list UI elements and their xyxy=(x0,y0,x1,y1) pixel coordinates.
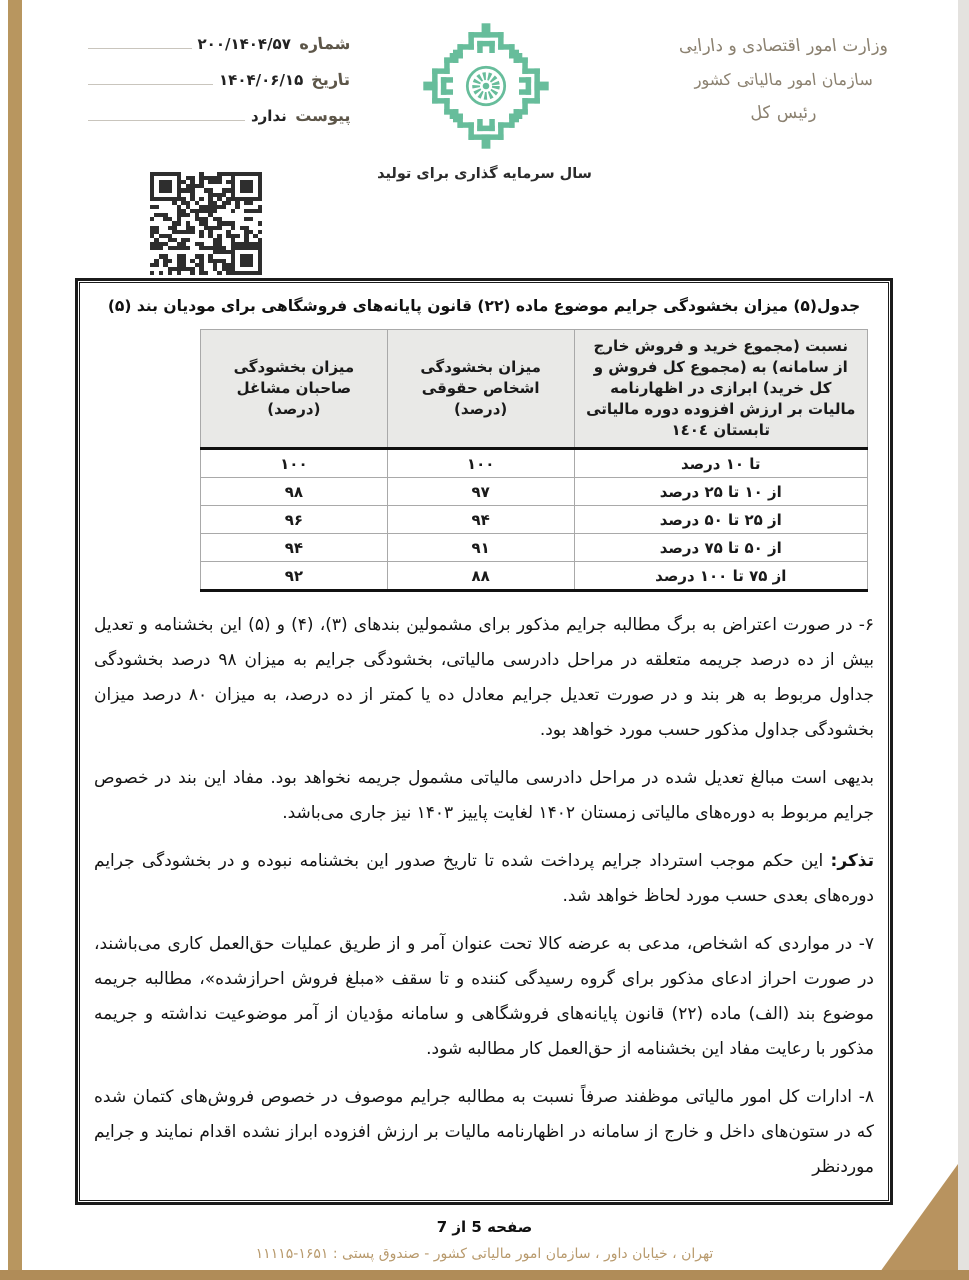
table-row: تا ۱۰ درصد ۱۰۰ ۱۰۰ xyxy=(201,449,868,478)
cell-business: ۹۸ xyxy=(201,478,388,506)
table-row: از ۷۵ تا ۱۰۰ درصد ۸۸ ۹۲ xyxy=(201,562,868,591)
penalty-forgiveness-table: نسبت (مجموع خرید و فروش خارج از سامانه) … xyxy=(200,329,868,592)
letter-date-row: تاریخ ۱۴۰۴/۰۶/۱۵ xyxy=(88,70,350,89)
scan-edge-left xyxy=(8,0,22,1280)
letter-attachment-label: پیوست xyxy=(294,106,351,125)
address-line: تهران ، خیابان داور ، سازمان امور مالیات… xyxy=(0,1246,969,1262)
cell-legal: ۸۸ xyxy=(387,562,574,591)
content-border-box: جدول(۵) میزان بخشودگی جرایم موضوع ماده (… xyxy=(75,278,893,1205)
table-row: از ۱۰ تا ۲۵ درصد ۹۷ ۹۸ xyxy=(201,478,868,506)
cell-business: ۹۶ xyxy=(201,506,388,534)
column-header-legal-persons: میزان بخشودگی اشخاص حقوقی (درصد) xyxy=(387,330,574,449)
cell-range: از ۱۰ تا ۲۵ درصد xyxy=(574,478,867,506)
letter-attachment-rule xyxy=(88,119,245,121)
organization-name: سازمان امور مالیاتی کشور xyxy=(632,70,934,89)
cell-range: تا ۱۰ درصد xyxy=(574,449,867,478)
scan-edge-bottom xyxy=(0,1270,969,1280)
cell-range: از ۵۰ تا ۷۵ درصد xyxy=(574,534,867,562)
organization-header: وزارت امور اقتصادی و دارایی سازمان امور … xyxy=(633,36,933,123)
qr-code xyxy=(150,172,262,275)
scanned-document-page: { "header": { "meta": { "number_label": … xyxy=(0,0,969,1280)
circular-body-text: ۶- در صورت اعتراض به برگ مطالبه جرایم مذ… xyxy=(94,608,874,1185)
letter-number-label: شماره xyxy=(298,34,351,53)
table-header-row: نسبت (مجموع خرید و فروش خارج از سامانه) … xyxy=(201,330,868,449)
cell-business: ۱۰۰ xyxy=(201,449,388,478)
table-title: جدول(۵) میزان بخشودگی جرایم موضوع ماده (… xyxy=(94,297,874,315)
letter-number-row: شماره ۲۰۰/۱۴۰۴/۵۷ xyxy=(88,34,350,53)
letter-date-label: تاریخ xyxy=(310,70,351,89)
letter-number-rule xyxy=(88,47,192,49)
signer-title: رئیس کل xyxy=(632,103,934,123)
cell-legal: ۹۴ xyxy=(387,506,574,534)
letter-number-value: ۲۰۰/۱۴۰۴/۵۷ xyxy=(198,35,291,53)
paragraph-6: ۶- در صورت اعتراض به برگ مطالبه جرایم مذ… xyxy=(94,608,874,748)
letter-date-rule xyxy=(88,83,213,85)
year-slogan: سال سرمایه گذاری برای تولید xyxy=(0,166,969,182)
cell-range: از ۲۵ تا ۵۰ درصد xyxy=(574,506,867,534)
letter-date-value: ۱۴۰۴/۰۶/۱۵ xyxy=(219,71,303,89)
ministry-name: وزارت امور اقتصادی و دارایی xyxy=(632,36,934,56)
cell-business: ۹۴ xyxy=(201,534,388,562)
table-row: از ۲۵ تا ۵۰ درصد ۹۴ ۹۶ xyxy=(201,506,868,534)
tax-administration-logo-icon xyxy=(420,20,552,152)
cell-range: از ۷۵ تا ۱۰۰ درصد xyxy=(574,562,867,591)
cell-business: ۹۲ xyxy=(201,562,388,591)
column-header-business-owners: میزان بخشودگی صاحبان مشاغل (درصد) xyxy=(201,330,388,449)
page-number: صفحه 5 از 7 xyxy=(0,1218,969,1236)
content-area: جدول(۵) میزان بخشودگی جرایم موضوع ماده (… xyxy=(79,282,889,1201)
note-text: این حکم موجب استرداد جرایم پرداخت شده تا… xyxy=(94,851,874,906)
paragraph-7: ۷- در مواردی که اشخاص، مدعی به عرضه کالا… xyxy=(94,927,874,1067)
cell-legal: ۱۰۰ xyxy=(387,449,574,478)
letter-attachment-value: ندارد xyxy=(251,107,287,125)
paragraph-8: ۸- ادارات کل امور مالیاتی موظفند صرفاً ن… xyxy=(94,1080,874,1185)
letter-attachment-row: پیوست ندارد xyxy=(88,106,350,125)
note-label: تذکر: xyxy=(831,851,874,871)
paragraph-6-continuation: بدیهی است مبالغ تعدیل شده در مراحل دادرس… xyxy=(94,761,874,831)
column-header-ratio: نسبت (مجموع خرید و فروش خارج از سامانه) … xyxy=(574,330,867,449)
cell-legal: ۹۷ xyxy=(387,478,574,506)
letter-meta-block: شماره ۲۰۰/۱۴۰۴/۵۷ تاریخ ۱۴۰۴/۰۶/۱۵ پیوست… xyxy=(88,34,350,142)
cell-legal: ۹۱ xyxy=(387,534,574,562)
scan-edge-right xyxy=(958,0,969,1280)
table-row: از ۵۰ تا ۷۵ درصد ۹۱ ۹۴ xyxy=(201,534,868,562)
paragraph-note: تذکر: این حکم موجب استرداد جرایم پرداخت … xyxy=(94,844,874,914)
